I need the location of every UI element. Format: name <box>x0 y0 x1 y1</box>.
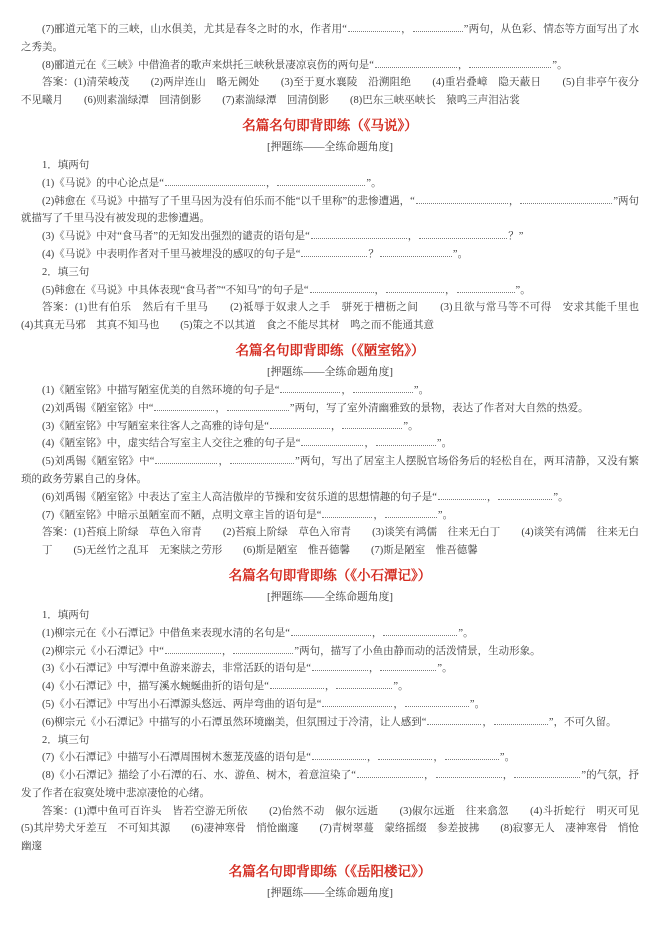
text-run: 2．填三句 <box>42 267 89 278</box>
text-run: ”。 <box>366 178 381 189</box>
text-run: ， <box>222 646 233 657</box>
text-run: ， <box>401 24 412 35</box>
fill-in-blank-line <box>310 282 374 293</box>
text-run: (4)《陋室铭》中，虚实结合写室主人交往之雅的句子是“ <box>42 438 300 449</box>
section-title-text: 名篇名句即背即练（《陋室铭》） <box>236 343 425 358</box>
text-run: 1．填两句 <box>42 160 89 171</box>
text-run: 1．填两句 <box>42 610 89 621</box>
fill-in-blank-line <box>383 625 457 636</box>
text-run: 答案：(1)潭中鱼可百许头 皆若空游无所依 (2)佁然不动 俶尔远逝 (3)俶尔… <box>21 806 660 853</box>
text-run: 答案：(1)世有伯乐 然后有千里马 (2)祗辱于奴隶人之手 骈死于槽枥之间 (3… <box>21 302 660 331</box>
text-run: 答案：(1)清荣峻茂 (2)两岸连山 略无阙处 (3)至于夏水襄陵 沿溯阻绝 (… <box>21 77 650 106</box>
sanxia-question-7: (7)郦道元笔下的三峡，山水俱美，尤其是春冬之时的水，作者用“，”两句，从色彩、… <box>21 21 639 57</box>
xiaoshitanji-question-4: (4)《小石潭记》中，描写溪水蜿蜒曲折的语句是“，”。 <box>21 678 639 696</box>
text-run: (1)《马说》的中心论点是“ <box>42 178 164 189</box>
text-run: ”两句，写了室外清幽雅致的景物，表达了作者对大自然的热爱。 <box>290 403 589 414</box>
text-run: ， <box>408 231 419 242</box>
xiaoshitanji-question-5: (5)《小石潭记》中写出小石潭源头悠远、两岸弯曲的语句是“，”。 <box>21 696 639 714</box>
text-run: (1)柳宗元在《小石潭记》中借鱼来表现水清的名句是“ <box>42 628 290 639</box>
text-run: ， <box>369 663 380 674</box>
fill-in-blank-line <box>498 489 552 500</box>
fill-in-blank-line <box>165 643 221 654</box>
xiaoshitanji-question-7: (7)《小石潭记》中描写小石潭周围树木葱茏茂盛的语句是“，，”。 <box>21 749 639 767</box>
fill-in-blank-line <box>311 228 407 239</box>
text-run: (7)《小石潭记》中描写小石潭周围树木葱茏茂盛的语句是“ <box>42 752 311 763</box>
text-run: ， <box>367 752 378 763</box>
mashuo-section-title: 名篇名句即背即练（《马说》） <box>21 115 639 137</box>
text-run: (6)刘禹锡《陋室铭》中表达了室主人高洁傲岸的节操和安贫乐道的思想情趣的句子是“ <box>42 492 437 503</box>
fill-in-blank-line <box>514 767 580 778</box>
yueyanglouji-section-title: 名篇名句即背即练（《岳阳楼记》） <box>21 861 639 883</box>
loushiming-question-1: (1)《陋室铭》中描写陋室优美的自然环境的句子是“，”。 <box>21 382 639 400</box>
fill-in-blank-line <box>353 382 413 393</box>
text-run: ， <box>266 178 277 189</box>
text-run: ， <box>487 492 498 503</box>
text-run: 答案：(1)苔痕上阶绿 草色入帘青 (2)苔痕上阶绿 草色入帘青 (3)谈笑有鸿… <box>42 527 639 556</box>
fill-in-blank-line <box>419 228 507 239</box>
fill-in-blank-line <box>494 714 548 725</box>
xiaoshitanji-question-3: (3)《小石潭记》中写潭中鱼游来游去，非常活跃的语句是“，”。 <box>21 660 639 678</box>
mashuo-question-5: (5)韩愈在《马说》中具体表现“食马者”“不知马”的句子是“，，”。 <box>21 282 639 300</box>
text-run: ”。 <box>438 510 453 521</box>
text-run: (5)《小石潭记》中写出小石潭源头悠远、两岸弯曲的语句是“ <box>42 699 321 710</box>
section-title-text: 名篇名句即背即练（《小石潭记》） <box>229 568 432 583</box>
loushiming-answers: 答案：(1)苔痕上阶绿 草色入帘青 (2)苔痕上阶绿 草色入帘青 (3)谈笑有鸿… <box>21 524 639 560</box>
fill-in-blank-line <box>154 400 214 411</box>
text-run: (2)刘禹锡《陋室铭》中“ <box>42 403 153 414</box>
fill-in-blank-line <box>270 678 324 689</box>
text-run: ”。 <box>437 438 452 449</box>
fill-in-blank-line <box>520 193 612 204</box>
section-title-text: 名篇名句即背即练（《岳阳楼记》） <box>229 864 432 879</box>
fill-in-blank-line <box>380 660 436 671</box>
fill-in-blank-line <box>312 660 368 671</box>
xiaoshitanji-section-title: 名篇名句即背即练（《小石潭记》） <box>21 565 639 587</box>
loushiming-question-3: (3)《陋室铭》中写陋室来往客人之高雅的诗句是“，”。 <box>21 418 639 436</box>
fill-in-blank-line <box>427 714 481 725</box>
loushiming-section-subtitle: [押题练——全练命题角度] <box>21 362 639 382</box>
text-run: (3)《陋室铭》中写陋室来往客人之高雅的诗句是“ <box>42 421 269 432</box>
text-run: ”。 <box>552 60 567 71</box>
text-run: ， <box>372 628 383 639</box>
text-run: [押题练——全练命题角度] <box>267 141 393 153</box>
xiaoshitanji-answers: 答案：(1)潭中鱼可百许头 皆若空游无所依 (2)佁然不动 俶尔远逝 (3)俶尔… <box>21 803 639 856</box>
fill-in-blank-line <box>230 453 294 464</box>
text-run: ， <box>393 699 404 710</box>
text-run: ， <box>509 196 520 207</box>
text-run: ”两句，描写了小鱼由静而动的活泼情景，生动形象。 <box>294 646 540 657</box>
text-run: ， <box>503 770 514 781</box>
fill-in-blank-line <box>378 749 432 760</box>
loushiming-question-5: (5)刘禹锡《陋室铭》中“，”两句，写出了居室主人摆脱官场俗务后的轻松自在，两耳… <box>21 453 639 489</box>
text-run: ， <box>445 285 456 296</box>
text-run: (4)《马说》中表明作者对千里马被埋没的感叹的句子是“ <box>42 249 300 260</box>
fill-in-blank-line <box>469 57 551 68</box>
loushiming-section-title: 名篇名句即背即练（《陋室铭》） <box>21 340 639 362</box>
text-run: ？ <box>368 249 379 260</box>
fill-in-blank-line <box>270 418 330 429</box>
fill-in-blank-line <box>357 767 423 778</box>
fill-in-blank-line <box>375 57 457 68</box>
fill-in-blank-line <box>301 246 367 257</box>
document-page: (7)郦道元笔下的三峡，山水俱美，尤其是春冬之时的水，作者用“，”两句，从色彩、… <box>0 0 660 935</box>
text-run: 2．填三句 <box>42 735 89 746</box>
xiaoshitanji-section-subtitle: [押题练——全练命题角度] <box>21 587 639 607</box>
text-run: ， <box>373 510 384 521</box>
fill-in-blank-line <box>416 193 508 204</box>
text-run: ， <box>325 681 336 692</box>
text-run: ”。 <box>403 421 418 432</box>
fill-in-blank-line <box>342 418 402 429</box>
fill-in-blank-line <box>457 282 515 293</box>
text-run: (3)《马说》中对“食马者”的无知发出强烈的谴责的语句是“ <box>42 231 310 242</box>
text-run: ， <box>215 403 226 414</box>
mashuo-question-1: (1)《马说》的中心论点是“，”。 <box>21 175 639 193</box>
text-run: ， <box>458 60 469 71</box>
text-run: ”。 <box>393 681 408 692</box>
text-run: (6)柳宗元《小石潭记》中描写的小石潭虽然环境幽美，但氛围过于冷清，让人感到“ <box>42 717 426 728</box>
text-run: (3)《小石潭记》中写潭中鱼游来游去，非常活跃的语句是“ <box>42 663 311 674</box>
text-run: (2)柳宗元《小石潭记》中“ <box>42 646 164 657</box>
mashuo-section-subtitle: [押题练——全练命题角度] <box>21 137 639 157</box>
text-run: ”。 <box>453 249 468 260</box>
fill-in-blank-line <box>405 696 469 707</box>
text-run: ”。 <box>437 663 452 674</box>
text-run: ”。 <box>500 752 515 763</box>
xiaoshitanji-question-6: (6)柳宗元《小石潭记》中描写的小石潭虽然环境幽美，但氛围过于冷清，让人感到“，… <box>21 714 639 732</box>
fill-in-blank-line <box>322 507 372 518</box>
section-title-text: 名篇名句即背即练（《马说》） <box>242 118 418 133</box>
loushiming-question-6: (6)刘禹锡《陋室铭》中表达了室主人高洁傲岸的节操和安贫乐道的思想情趣的句子是“… <box>21 489 639 507</box>
text-run: ， <box>433 752 444 763</box>
text-run: ， <box>364 438 375 449</box>
fill-in-blank-line <box>155 453 217 464</box>
sanxia-question-8: (8)郦道元在《三峡》中借渔者的歌声来烘托三峡秋景凄凉哀伤的两句是“，”。 <box>21 57 639 75</box>
mashuo-part1-label: 1．填两句 <box>21 157 639 175</box>
text-run: ？” <box>508 231 523 242</box>
text-run: (2)韩愈在《马说》中描写了千里马因为没有伯乐而不能“以千里称”的悲惨遭遇，“ <box>42 196 415 207</box>
text-run: (7)郦道元笔下的三峡，山水俱美，尤其是春冬之时的水，作者用“ <box>42 24 347 35</box>
fill-in-blank-line <box>233 643 293 654</box>
fill-in-blank-line <box>438 489 486 500</box>
xiaoshitanji-part1-label: 1．填两句 <box>21 607 639 625</box>
fill-in-blank-line <box>380 246 452 257</box>
text-run: ”。 <box>414 385 429 396</box>
fill-in-blank-line <box>301 435 363 446</box>
text-run: ”。 <box>516 285 531 296</box>
xiaoshitanji-question-8: (8)《小石潭记》描绘了小石潭的石、水、游鱼、树木，着意渲染了“，，”的气氛，抒… <box>21 767 639 803</box>
fill-in-blank-line <box>291 625 371 636</box>
fill-in-blank-line <box>386 282 444 293</box>
fill-in-blank-line <box>165 175 265 186</box>
mashuo-answers: 答案：(1)世有伯乐 然后有千里马 (2)祗辱于奴隶人之手 骈死于槽枥之间 (3… <box>21 299 639 335</box>
text-run: (1)《陋室铭》中描写陋室优美的自然环境的句子是“ <box>42 385 279 396</box>
fill-in-blank-line <box>336 678 392 689</box>
xiaoshitanji-question-1: (1)柳宗元在《小石潭记》中借鱼来表现水清的名句是“，”。 <box>21 625 639 643</box>
fill-in-blank-line <box>436 767 502 778</box>
text-run: (8)郦道元在《三峡》中借渔者的歌声来烘托三峡秋景凄凉哀伤的两句是“ <box>42 60 374 71</box>
text-run: ， <box>424 770 435 781</box>
text-run: ， <box>482 717 493 728</box>
text-run: ”。 <box>553 492 568 503</box>
sanxia-answers: 答案：(1)清荣峻茂 (2)两岸连山 略无阙处 (3)至于夏水襄陵 沿溯阻绝 (… <box>21 74 639 110</box>
text-run: ， <box>331 421 342 432</box>
text-run: (7)《陋室铭》中暗示虽陋室而不陋，点明文章主旨的语句是“ <box>42 510 321 521</box>
fill-in-blank-line <box>277 175 365 186</box>
text-run: ， <box>218 456 229 467</box>
loushiming-question-7: (7)《陋室铭》中暗示虽陋室而不陋，点明文章主旨的语句是“，”。 <box>21 507 639 525</box>
mashuo-question-4: (4)《马说》中表明作者对千里马被埋没的感叹的句子是“？”。 <box>21 246 639 264</box>
fill-in-blank-line <box>227 400 289 411</box>
fill-in-blank-line <box>413 21 463 32</box>
text-run: ， <box>341 385 352 396</box>
fill-in-blank-line <box>312 749 366 760</box>
text-run: ”。 <box>458 628 473 639</box>
fill-in-blank-line <box>376 435 436 446</box>
fill-in-blank-line <box>385 507 437 518</box>
fill-in-blank-line <box>280 382 340 393</box>
text-run: [押题练——全练命题角度] <box>267 591 393 603</box>
text-run: ”。 <box>470 699 485 710</box>
text-run: [押题练——全练命题角度] <box>267 366 393 378</box>
text-run: (8)《小石潭记》描绘了小石潭的石、水、游鱼、树木，着意渲染了“ <box>42 770 356 781</box>
yueyanglouji-section-subtitle: [押题练——全练命题角度] <box>21 883 639 903</box>
fill-in-blank-line <box>322 696 392 707</box>
xiaoshitanji-question-2: (2)柳宗元《小石潭记》中“，”两句，描写了小鱼由静而动的活泼情景，生动形象。 <box>21 643 639 661</box>
text-run: (5)刘禹锡《陋室铭》中“ <box>42 456 154 467</box>
text-run: ”，不可久留。 <box>549 717 617 728</box>
text-run: [押题练——全练命题角度] <box>267 887 393 899</box>
loushiming-question-2: (2)刘禹锡《陋室铭》中“，”两句，写了室外清幽雅致的景物，表达了作者对大自然的… <box>21 400 639 418</box>
text-run: (4)《小石潭记》中，描写溪水蜿蜒曲折的语句是“ <box>42 681 269 692</box>
xiaoshitanji-part2-label: 2．填三句 <box>21 732 639 750</box>
fill-in-blank-line <box>348 21 400 32</box>
mashuo-part2-label: 2．填三句 <box>21 264 639 282</box>
text-run: ， <box>375 285 386 296</box>
fill-in-blank-line <box>445 749 499 760</box>
mashuo-question-3: (3)《马说》中对“食马者”的无知发出强烈的谴责的语句是“，？” <box>21 228 639 246</box>
text-run: (5)韩愈在《马说》中具体表现“食马者”“不知马”的句子是“ <box>42 285 309 296</box>
loushiming-question-4: (4)《陋室铭》中，虚实结合写室主人交往之雅的句子是“，”。 <box>21 435 639 453</box>
mashuo-question-2: (2)韩愈在《马说》中描写了千里马因为没有伯乐而不能“以千里称”的悲惨遭遇，“，… <box>21 193 639 229</box>
